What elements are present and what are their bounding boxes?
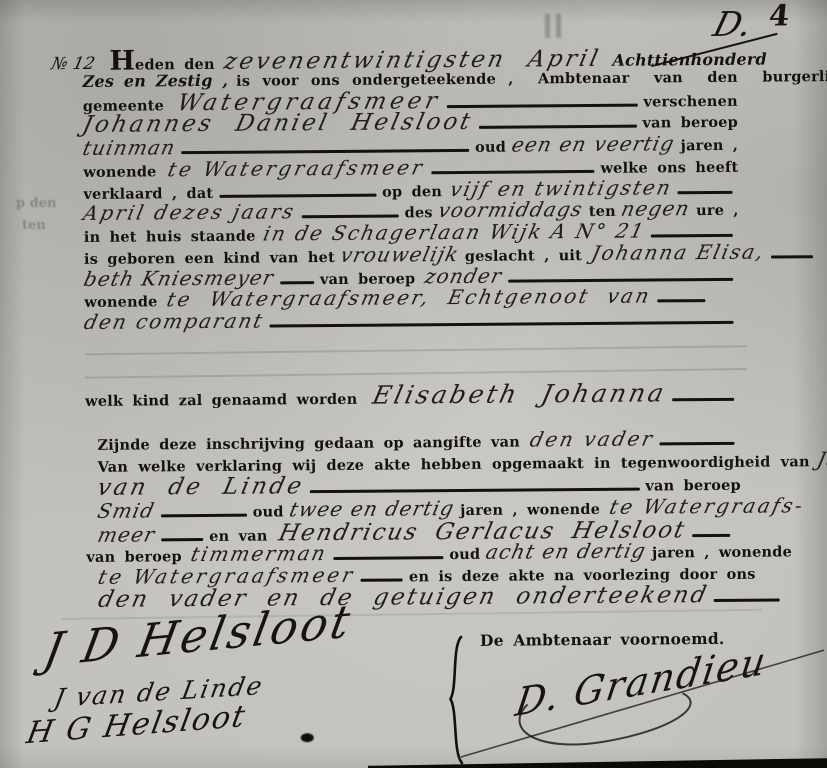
printed-text: is voor ons ondergeteekende , Ambtenaar … bbox=[236, 67, 827, 90]
printed-text: ure , bbox=[696, 202, 739, 219]
printed-text: oud bbox=[475, 139, 506, 156]
printed-text: jaren , wonende bbox=[652, 543, 792, 561]
printed-text: jaren , wonende bbox=[460, 501, 600, 519]
fill-rule-line bbox=[361, 579, 403, 582]
fill-rule-line bbox=[302, 215, 399, 218]
printed-text: van beroep bbox=[645, 477, 741, 495]
printed-text: oud bbox=[253, 503, 284, 520]
birth-certificate-page: p den ten D. 4 № 12 H eden den zevenentw… bbox=[0, 0, 827, 768]
fill-rule-line bbox=[280, 282, 314, 285]
hand-closing-text: den vader en de getuigen onderteekend bbox=[96, 582, 711, 613]
fill-rule-line bbox=[270, 321, 734, 327]
fill-rule-line bbox=[660, 442, 735, 445]
fill-rule-line bbox=[161, 538, 203, 541]
fill-rule-line bbox=[678, 191, 733, 194]
fill-rule-line bbox=[673, 398, 735, 401]
printed-text: jaren , bbox=[681, 137, 739, 154]
printed-text: wonende bbox=[84, 293, 157, 311]
printed-text: van beroep bbox=[642, 114, 738, 132]
fill-rule-line bbox=[508, 278, 733, 282]
hand-mother-name-1: Johanna Elisa, bbox=[589, 240, 767, 265]
fill-rule-line bbox=[333, 557, 443, 560]
hand-witness1-residence: te Watergraafs- bbox=[607, 493, 807, 519]
fill-rule-line bbox=[161, 514, 247, 517]
printed-text: welk kind zal genaamd worden bbox=[85, 391, 357, 410]
hand-witness1-occupation: Smid bbox=[95, 498, 157, 522]
page-number: 4 bbox=[767, 0, 790, 33]
line-child-name: welk kind zal genaamd worden Elisabeth J… bbox=[85, 378, 740, 412]
printed-text: des bbox=[404, 204, 432, 221]
hand-occupation: tuinman bbox=[80, 135, 178, 160]
printed-text: oud bbox=[449, 546, 480, 563]
hand-hour: negen bbox=[619, 196, 693, 221]
printed-text: wonende bbox=[83, 163, 156, 181]
hand-child-name: Elisabeth Johanna bbox=[370, 378, 670, 409]
fill-rule-line bbox=[714, 599, 780, 602]
fill-rule-line bbox=[182, 149, 470, 154]
hand-witness1-age: twee en dertig bbox=[287, 496, 457, 521]
fill-rule-line bbox=[771, 256, 813, 259]
fill-rule-line bbox=[431, 170, 594, 174]
ruled-line bbox=[85, 345, 747, 355]
fill-rule-line bbox=[219, 194, 376, 198]
fill-rule-line bbox=[310, 488, 639, 493]
fill-rule-line bbox=[651, 234, 733, 237]
hand-spouse-text: den comparant bbox=[82, 309, 267, 334]
fill-rule-line bbox=[657, 299, 705, 302]
printed-year-word: Zes en Zestig , bbox=[83, 71, 229, 91]
printed-text: ten bbox=[589, 203, 616, 220]
printed-text: van beroep bbox=[86, 548, 182, 566]
official-title: De Ambtenaar voornoemd. bbox=[480, 629, 725, 650]
brace-mark bbox=[446, 635, 467, 765]
signature-official: D. Grandieu bbox=[513, 638, 771, 726]
ruled-line bbox=[85, 368, 747, 378]
fill-rule-line bbox=[692, 534, 730, 537]
fill-rule-line bbox=[479, 125, 637, 129]
line-spouse-of: den comparant bbox=[84, 305, 739, 334]
ink-blot bbox=[301, 733, 314, 742]
hand-witness1-first: Jan bbox=[815, 447, 827, 471]
